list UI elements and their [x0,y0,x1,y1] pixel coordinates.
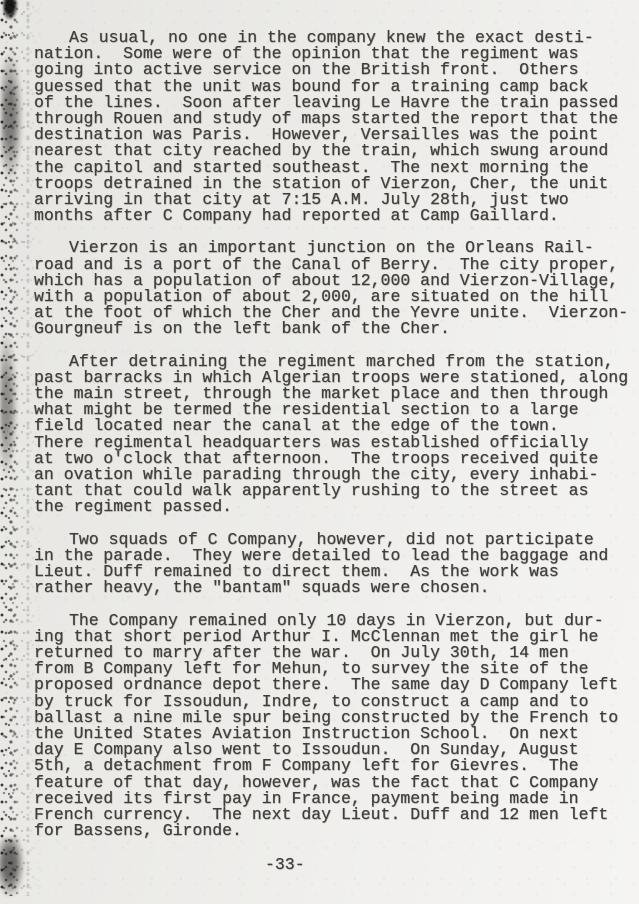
text-line: months after C Company had reported at C… [34,208,634,224]
page-text: As usual, no one in the company knew the… [34,30,634,874]
paragraph: Vierzon is an important junction on the … [34,240,634,337]
paragraph: The Company remained only 10 days in Vie… [34,613,634,840]
page-number: -33- [265,857,634,873]
text-line: for Bassens, Gironde. [34,823,634,839]
paragraph: After detraining the regiment marched fr… [34,354,634,516]
scan-smudge-bottom-left [0,838,24,896]
paragraph: As usual, no one in the company knew the… [34,30,634,224]
scan-smudge-upper-left [1,52,23,182]
text-line: the regiment passed. [34,499,634,515]
text-line: rather heavy, the "bantam" squads were c… [34,580,634,596]
scan-smudge-mid-left [0,330,18,480]
paragraph: Two squads of C Company, however, did no… [34,532,634,597]
text-line: Gourgneuf is on the left bank of the Che… [34,321,634,337]
scan-smudge-top-corner [3,0,18,20]
scanned-document-page: { "page": { "colors": { "paper": "#efeee… [0,0,639,904]
